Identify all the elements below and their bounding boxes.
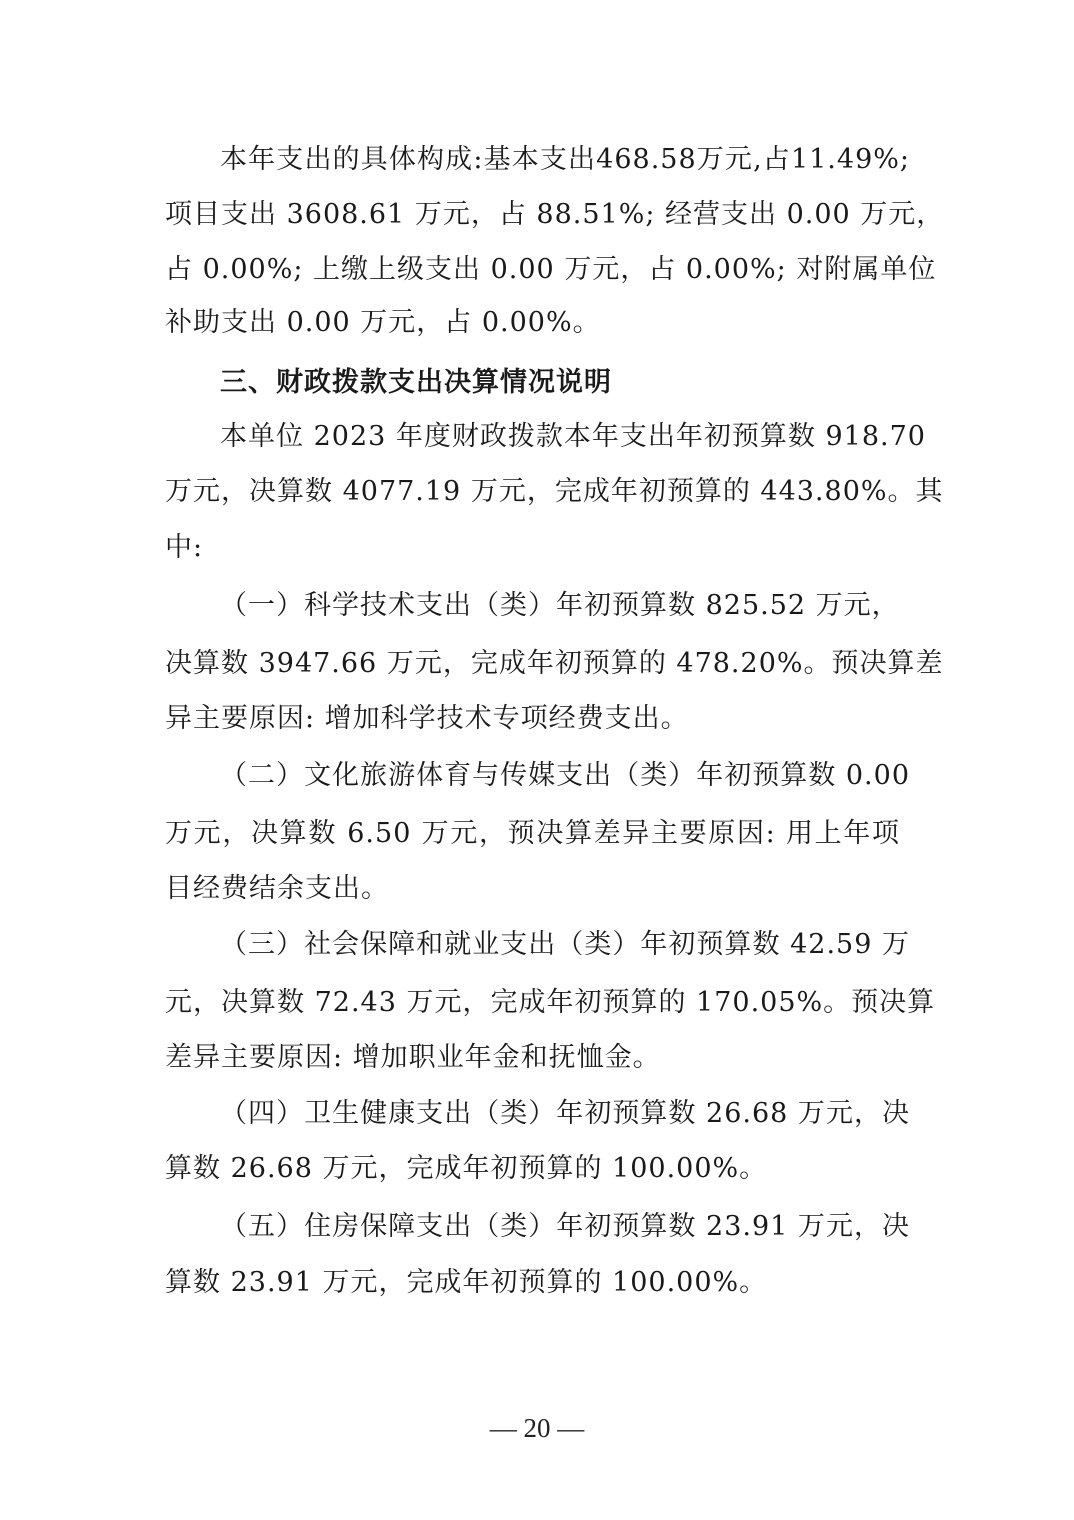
item-line: （四）卫生健康支出（类）年初预算数 26.68 万元，决 bbox=[220, 1094, 910, 1134]
paragraph-line: 本年支出的具体构成:基本支出468.58万元,占11.49%; bbox=[220, 140, 910, 180]
item-line: 目经费结余支出。 bbox=[165, 869, 910, 909]
item-line: 元，决算数 72.43 万元，完成年初预算的 170.05%。预决算 bbox=[165, 983, 910, 1023]
item-line: 异主要原因: 增加科学技术专项经费支出。 bbox=[165, 699, 910, 739]
paragraph-line: 项目支出 3608.61 万元，占 88.51%; 经营支出 0.00 万元， bbox=[165, 195, 910, 235]
item-line: （三）社会保障和就业支出（类）年初预算数 42.59 万 bbox=[220, 925, 910, 965]
paragraph-line: 占 0.00%; 上缴上级支出 0.00 万元，占 0.00%; 对附属单位 bbox=[165, 250, 910, 290]
paragraph-line: 万元，决算数 4077.19 万元，完成年初预算的 443.80%。其 bbox=[165, 472, 910, 512]
item-line: （五）住房保障支出（类）年初预算数 23.91 万元，决 bbox=[220, 1207, 910, 1247]
item-line: 算数 23.91 万元，完成年初预算的 100.00%。 bbox=[165, 1263, 910, 1303]
item-line: 决算数 3947.66 万元，完成年初预算的 478.20%。预决算差 bbox=[165, 644, 910, 684]
item-line: （二）文化旅游体育与传媒支出（类）年初预算数 0.00 bbox=[220, 756, 910, 796]
item-line: （一）科学技术支出（类）年初预算数 825.52 万元， bbox=[220, 586, 885, 626]
document-page: 本年支出的具体构成:基本支出468.58万元,占11.49%; 项目支出 360… bbox=[0, 0, 1074, 1520]
item-line: 差异主要原因: 增加职业年金和抚恤金。 bbox=[165, 1038, 910, 1078]
paragraph-line: 本单位 2023 年度财政拨款本年支出年初预算数 918.70 bbox=[220, 417, 910, 457]
page-number: — 20 — bbox=[0, 1410, 1074, 1446]
paragraph-line: 中: bbox=[165, 528, 910, 568]
item-line: 算数 26.68 万元，完成年初预算的 100.00%。 bbox=[165, 1149, 910, 1189]
section-heading: 三、财政拨款支出决算情况说明 bbox=[220, 363, 910, 403]
paragraph-line: 补助支出 0.00 万元，占 0.00%。 bbox=[165, 303, 910, 343]
item-line: 万元，决算数 6.50 万元，预决算差异主要原因: 用上年项 bbox=[165, 814, 900, 854]
